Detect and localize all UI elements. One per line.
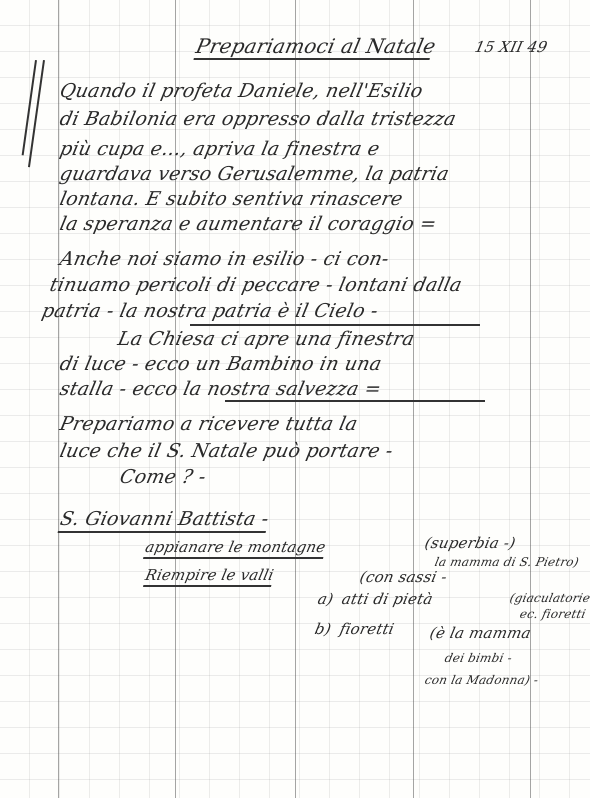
text-line: Prepariamo a ricevere tutta la [58, 415, 359, 434]
text-line: di Babilonia era oppresso dalla tristezz… [58, 110, 458, 129]
text-line: la speranza e aumentare il coraggio = [58, 215, 438, 234]
outline-subnote: dei bimbi - [444, 652, 513, 664]
document-title: Prepariamoci al Natale [193, 36, 434, 60]
outline-label: b) [313, 622, 332, 637]
outline-note: (giaculatorie [509, 592, 590, 604]
text-line: patria - la nostra patria è il Cielo - [40, 302, 380, 321]
text-line: Come ? - [118, 468, 208, 487]
notebook-page: Prepariamoci al Natale 15 XII 49 Quando … [0, 0, 590, 798]
outline-item: appianare le montagne [143, 540, 327, 559]
text-line: Quando il profeta Daniele, nell'Esilio [58, 82, 424, 101]
outline-note: (è la mamma [428, 626, 532, 641]
outline-item: atti di pietà [340, 592, 434, 607]
outline-item: fioretti [338, 622, 395, 637]
outline-note: (superbia -) [423, 536, 516, 551]
text-line: più cupa e..., apriva la finestra e [58, 140, 381, 159]
text-line: di luce - ecco un Bambino in una [58, 355, 383, 374]
text-line: guardava verso Gerusalemme, la patria [58, 165, 451, 184]
outline-subnote: la mamma di S. Pietro) [434, 556, 580, 568]
outline-note: (con sassi - [358, 570, 448, 585]
text-line: La Chiesa ci apre una finestra [116, 330, 416, 349]
underline [190, 322, 480, 326]
outline-subnote: con la Madonna) - [424, 674, 540, 686]
outline-heading: S. Giovanni Battista - [58, 510, 271, 533]
outline-label: a) [316, 592, 334, 607]
text-line: luce che il S. Natale può portare - [58, 442, 395, 461]
outline-item: Riempire le valli [143, 568, 275, 587]
text-line: tinuamo pericoli di peccare - lontani da… [48, 276, 464, 295]
outline-subnote: ec. fioretti [519, 608, 587, 620]
document-date: 15 XII 49 [473, 40, 548, 55]
text-line: Anche noi siamo in esilio - ci con- [58, 250, 391, 269]
margin-mark [22, 60, 37, 155]
underline [225, 398, 485, 402]
text-line: lontana. E subito sentiva rinascere [58, 190, 404, 209]
text-line: stalla - ecco la nostra salvezza = [58, 380, 383, 399]
margin-mark [28, 60, 45, 167]
